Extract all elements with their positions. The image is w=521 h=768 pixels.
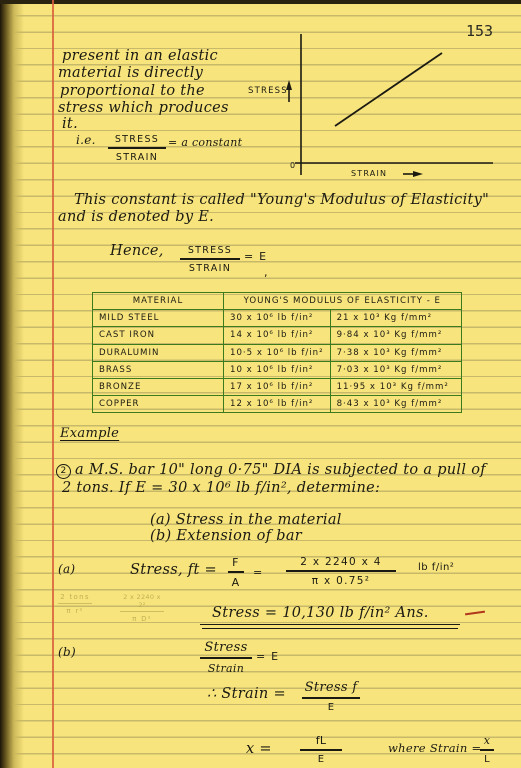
table-row: DURALUMIN 10·5 x 10⁶ lb f/in² 7·38 x 10³…	[93, 344, 462, 361]
header-modulus: YOUNG'S MODULUS OF ELASTICITY - E	[224, 293, 462, 310]
fraction-numerator: Stress	[200, 640, 252, 655]
fraction-bar	[108, 147, 166, 149]
cell-material: BRASS	[93, 361, 224, 378]
graph-drawing	[285, 30, 495, 180]
fraction-denominator: π D²	[120, 615, 164, 623]
cell-metric: 8·43 x 10³ Kg f/mm²	[330, 396, 461, 413]
cell-imperial: 17 x 10⁶ lb f/in²	[224, 378, 331, 395]
cell-metric: 11·95 x 10³ Kg f/mm²	[330, 378, 461, 395]
fraction-bar	[200, 657, 252, 659]
cell-metric: 21 x 10³ Kg f/mm²	[330, 310, 461, 327]
table-row: BRONZE 17 x 10⁶ lb f/in² 11·95 x 10³ Kg …	[93, 378, 462, 395]
fraction-bar	[228, 571, 244, 573]
ie-label: i.e.	[76, 133, 96, 147]
intro-line: it.	[62, 116, 78, 132]
fraction-numerator: x	[480, 734, 494, 747]
part-b-where-label: where Strain =	[388, 741, 481, 755]
table-row: COPPER 12 x 10⁶ lb f/in² 8·43 x 10³ Kg f…	[93, 396, 462, 413]
cell-imperial: 30 x 10⁶ lb f/in²	[224, 310, 331, 327]
fraction-numerator: Stress f	[302, 680, 360, 695]
cell-material: DURALUMIN	[93, 344, 224, 361]
youngs-modulus-table: MATERIAL YOUNG'S MODULUS OF ELASTICITY -…	[92, 292, 462, 413]
cell-material: MILD STEEL	[93, 310, 224, 327]
part-b-frac2: Stress f E	[302, 680, 360, 713]
part-a-frac1: F A	[228, 556, 244, 589]
fraction-bar	[302, 697, 360, 699]
fraction-denominator: STRAIN	[180, 263, 240, 274]
fraction-bar	[480, 749, 494, 751]
cell-material: COPPER	[93, 396, 224, 413]
fraction-numerator: F	[228, 556, 244, 569]
hence-label: Hence,	[110, 243, 164, 259]
fraction-bar	[120, 611, 164, 612]
hence-result: = E	[244, 250, 267, 263]
example-heading: Example	[60, 426, 119, 441]
page-top-edge	[0, 0, 521, 4]
graph-origin-label: 0	[290, 161, 296, 170]
fraction-denominator: π x 0.75²	[286, 575, 396, 587]
margin-line	[52, 0, 54, 768]
part-a-label: (a)	[58, 562, 75, 576]
hence-fraction: STRESS STRAIN	[180, 245, 240, 274]
header-material: MATERIAL	[93, 293, 224, 310]
fraction-denominator: E	[302, 702, 360, 713]
fraction-denominator: E	[300, 754, 342, 765]
fraction-bar	[286, 570, 396, 572]
cell-material: CAST IRON	[93, 327, 224, 344]
problem-part: (a) Stress in the material	[150, 512, 342, 528]
fraction-denominator: π r²	[58, 607, 92, 615]
fraction-denominator: Strain	[200, 662, 252, 675]
part-a-answer: Stress = 10,130 lb f/in² Ans.	[212, 605, 429, 621]
graph-x-label: STRAIN	[351, 169, 387, 178]
faint-note: 2 x 2240 x 2² π D²	[120, 593, 164, 623]
part-a-unit: lb f/in²	[418, 562, 454, 573]
part-b-frac3: fL E	[300, 734, 342, 765]
fraction-numerator: 2 x 2240 x 2²	[120, 593, 164, 609]
fraction-denominator: A	[228, 576, 244, 589]
part-b-frac1: Stress Strain	[200, 640, 252, 675]
part-a-equals: =	[253, 566, 263, 579]
part-b-strain-lhs: ∴ Strain =	[207, 686, 286, 702]
faint-note: 2 tons π r²	[58, 593, 92, 615]
ie-result: = a constant	[168, 136, 242, 149]
problem-line: 2 tons. If E = 30 x 10⁶ lb f/in², determ…	[62, 480, 380, 496]
ie-fraction: STRESS STRAIN	[108, 134, 166, 163]
youngs-line: and is denoted by E.	[58, 209, 214, 225]
intro-line: present in an elastic	[62, 48, 218, 64]
table-row: CAST IRON 14 x 10⁶ lb f/in² 9·84 x 10³ K…	[93, 327, 462, 344]
cell-imperial: 14 x 10⁶ lb f/in²	[224, 327, 331, 344]
intro-line: material is directly	[58, 65, 203, 81]
part-b-x-lhs: x =	[246, 741, 272, 757]
cell-metric: 9·84 x 10³ Kg f/mm²	[330, 327, 461, 344]
part-a-frac2: 2 x 2240 x 4 π x 0.75²	[286, 556, 396, 587]
problem-part: (b) Extension of bar	[150, 528, 302, 544]
fraction-bar	[58, 603, 92, 604]
table-row: MILD STEEL 30 x 10⁶ lb f/in² 21 x 10³ Kg…	[93, 310, 462, 327]
problem-number: 2	[56, 464, 71, 479]
fraction-numerator: 2 x 2240 x 4	[286, 556, 396, 568]
fraction-numerator: STRESS	[108, 134, 166, 145]
fraction-bar	[300, 749, 342, 751]
fraction-numerator: STRESS	[180, 245, 240, 256]
fraction-bar	[180, 258, 240, 260]
stress-strain-graph: STRESS STRAIN 0	[285, 30, 495, 180]
table-header-row: MATERIAL YOUNG'S MODULUS OF ELASTICITY -…	[93, 293, 462, 310]
red-mark	[465, 611, 485, 616]
cell-imperial: 10·5 x 10⁶ lb f/in²	[224, 344, 331, 361]
part-a-lhs: Stress, ft =	[130, 562, 217, 578]
intro-line: stress which produces	[58, 100, 229, 116]
fraction-numerator: fL	[300, 734, 342, 747]
part-b-eq1-rhs: = E	[256, 650, 279, 663]
problem-line: 2a M.S. bar 10" long 0·75" DIA is subjec…	[56, 462, 486, 479]
youngs-line: This constant is called "Young's Modulus…	[74, 192, 489, 208]
cell-imperial: 12 x 10⁶ lb f/in²	[224, 396, 331, 413]
intro-line: proportional to the	[60, 83, 205, 99]
table-row: BRASS 10 x 10⁶ lb f/in² 7·03 x 10³ Kg f/…	[93, 361, 462, 378]
fraction-denominator: L	[480, 754, 494, 765]
cell-imperial: 10 x 10⁶ lb f/in²	[224, 361, 331, 378]
problem-text: a M.S. bar 10" long 0·75" DIA is subject…	[75, 462, 486, 478]
cell-material: BRONZE	[93, 378, 224, 395]
graph-y-label: STRESS	[248, 86, 288, 96]
fraction-denominator: STRAIN	[108, 152, 166, 163]
hence-trailing: ,	[264, 266, 269, 279]
part-b-frac4: x L	[480, 734, 494, 765]
part-b-label: (b)	[58, 645, 76, 659]
fraction-numerator: 2 tons	[58, 593, 92, 601]
answer-underline	[202, 628, 458, 629]
answer-underline	[200, 624, 460, 625]
cell-metric: 7·38 x 10³ Kg f/mm²	[330, 344, 461, 361]
cell-metric: 7·03 x 10³ Kg f/mm²	[330, 361, 461, 378]
